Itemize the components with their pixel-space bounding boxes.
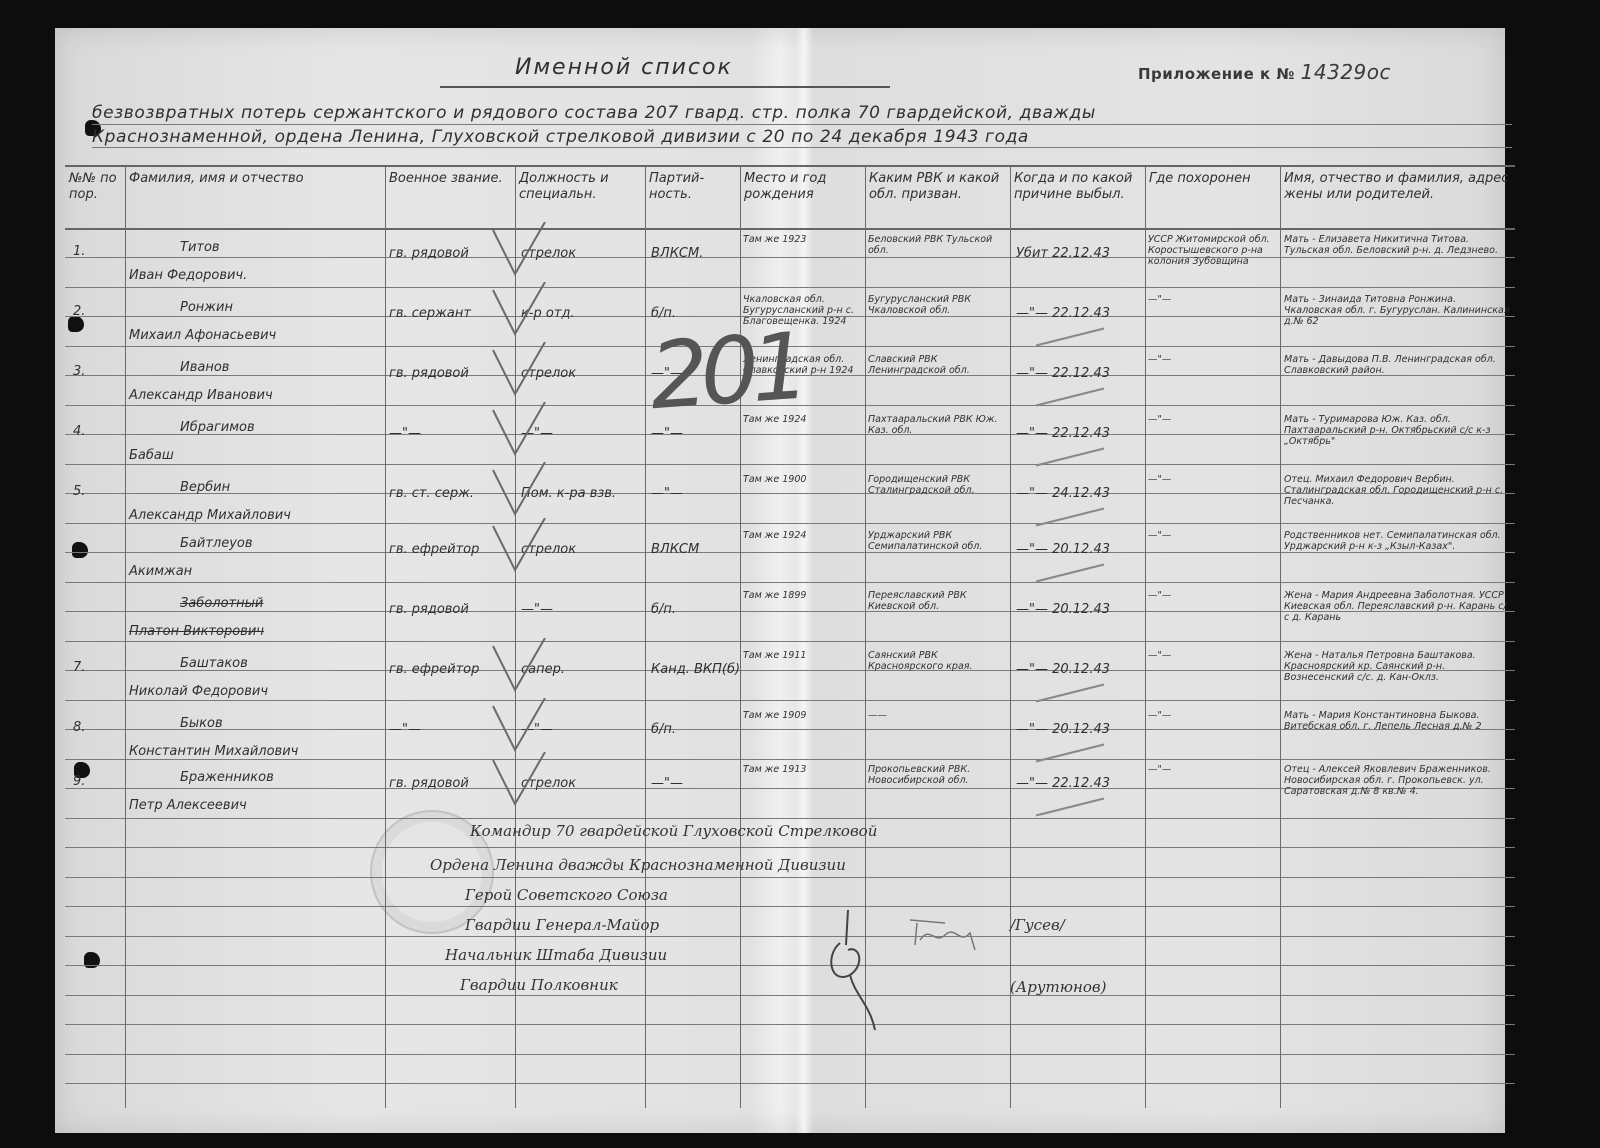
surname: Титов — [180, 240, 220, 255]
row-rule — [65, 847, 1515, 848]
row-rule — [65, 287, 1515, 288]
military-rank: —"— — [389, 426, 421, 441]
name-patronymic: Акимжан — [129, 564, 192, 579]
column-header: Когда и по какой причине выбыл. — [1014, 171, 1141, 203]
draft-office: Бугурусланский РВК Чкаловской обл. — [868, 294, 1007, 316]
burial-place: —"— — [1148, 474, 1277, 485]
next-of-kin: Жена - Мария Андреевна Заболотная. УССР … — [1284, 590, 1511, 623]
column-rule — [740, 165, 741, 1108]
military-rank: гв. рядовой — [389, 246, 469, 261]
column-rule — [1145, 165, 1146, 1108]
signature-scribble — [820, 905, 900, 1035]
check-mark-icon — [485, 638, 555, 698]
row-rule — [65, 818, 1515, 819]
name-patronymic: Александр Михайлович — [129, 508, 291, 523]
document-subtitle-line2: Краснознаменной, ордена Ленина, Глуховск… — [92, 127, 1029, 147]
party-membership: б/п. — [651, 722, 676, 737]
table-top-rule — [65, 165, 1515, 167]
document-title: Именной список — [515, 55, 733, 80]
row-rule — [65, 582, 1515, 583]
row-number: 5. — [73, 484, 85, 499]
next-of-kin: Мать - Давыдова П.В. Ленинградская обл. … — [1284, 354, 1511, 376]
draft-office: Переяславский РВК Киевской обл. — [868, 590, 1007, 612]
commander-name: /Гусев/ — [1010, 916, 1065, 934]
row-number: 4. — [73, 424, 85, 439]
date-reason: —"— 22.12.43 — [1016, 426, 1110, 441]
date-reason: —"— 20.12.43 — [1016, 722, 1110, 737]
row-rule — [65, 641, 1515, 642]
birth-place-year: Там же 1899 — [743, 590, 862, 601]
party-membership: ВЛКСМ. — [651, 246, 703, 261]
surname: Байтлеуов — [180, 536, 253, 551]
subtitle-rule — [92, 147, 1512, 148]
row-rule — [65, 700, 1515, 701]
military-rank: гв. рядовой — [389, 776, 469, 791]
column-header: Место и год рождения — [744, 171, 861, 203]
check-mark-icon — [485, 518, 555, 578]
surname: Баштаков — [180, 656, 248, 671]
column-rule — [125, 165, 126, 1108]
check-mark-icon — [485, 402, 555, 462]
draft-office: Беловский РВК Тульской обл. — [868, 234, 1007, 256]
check-mark-icon — [485, 222, 555, 282]
next-of-kin: Отец. Михаил Федорович Вербин. Сталингра… — [1284, 474, 1511, 507]
burial-place: —"— — [1148, 530, 1277, 541]
row-rule — [65, 464, 1515, 465]
birth-place-year: Там же 1923 — [743, 234, 862, 245]
chief-title-line1: Начальник Штаба Дивизии — [445, 946, 667, 964]
next-of-kin: Мать - Елизавета Никитична Титова. Тульс… — [1284, 234, 1511, 256]
military-rank: гв. ефрейтор — [389, 662, 479, 677]
subtitle-rule — [92, 124, 1512, 125]
punch-hole — [72, 542, 88, 558]
draft-office: Славский РВК Ленинградской обл. — [868, 354, 1007, 376]
military-rank: гв. рядовой — [389, 602, 469, 617]
next-of-kin: Мать - Туримарова Юж. Каз. обл. Пахтаара… — [1284, 414, 1511, 447]
reference-stamp-label: Приложение к № — [1138, 65, 1295, 83]
column-header: Имя, отчество и фамилия, адрес жены или … — [1284, 171, 1511, 203]
burial-place: —"— — [1148, 710, 1277, 721]
row-number: 1. — [73, 244, 85, 259]
birth-place-year: Там же 1900 — [743, 474, 862, 485]
name-patronymic: Бабаш — [129, 448, 174, 463]
surname: Браженников — [180, 770, 274, 785]
name-patronymic: Михаил Афонасьевич — [129, 328, 276, 343]
draft-office: Прокопьевский РВК. Новосибирской обл. — [868, 764, 1007, 786]
row-rule — [65, 759, 1515, 760]
reference-stamp: Приложение к № 14329ос — [1138, 60, 1391, 84]
date-reason: Убит 22.12.43 — [1016, 246, 1110, 261]
commander-title-line3: Герой Советского Союза — [465, 886, 668, 904]
row-number: 7. — [73, 660, 85, 675]
column-rule — [385, 165, 386, 1108]
row-number: 9. — [73, 774, 85, 789]
row-rule — [65, 1054, 1515, 1055]
burial-place: —"— — [1148, 764, 1277, 775]
date-reason: —"— 20.12.43 — [1016, 602, 1110, 617]
row-number: 3. — [73, 364, 85, 379]
party-membership: б/п. — [651, 306, 676, 321]
birth-place-year: Там же 1911 — [743, 650, 862, 661]
header-bottom-rule — [65, 228, 1515, 230]
row-number: 2. — [73, 304, 85, 319]
column-rule — [1010, 165, 1011, 1108]
name-patronymic: Константин Михайлович — [129, 744, 298, 759]
date-reason: —"— 20.12.43 — [1016, 542, 1110, 557]
draft-office: —— — [868, 710, 1007, 721]
burial-place: —"— — [1148, 650, 1277, 661]
date-reason: —"— 20.12.43 — [1016, 662, 1110, 677]
next-of-kin: Отец - Алексей Яковлевич Браженников. Но… — [1284, 764, 1511, 797]
row-rule — [65, 1024, 1515, 1025]
surname: Иванов — [180, 360, 229, 375]
row-number: 8. — [73, 720, 85, 735]
row-rule — [65, 965, 1515, 966]
party-membership: б/п. — [651, 602, 676, 617]
military-rank: гв. рядовой — [389, 366, 469, 381]
surname: Заболотный — [180, 596, 263, 611]
column-header: Должность и специальн. — [519, 171, 641, 203]
commander-title-line1: Командир 70 гвардейской Глуховской Стрел… — [470, 822, 877, 840]
chief-title-line2: Гвардии Полковник — [460, 976, 618, 994]
column-rule — [645, 165, 646, 1108]
column-header: Военное звание. — [389, 171, 511, 187]
date-reason: —"— 22.12.43 — [1016, 366, 1110, 381]
column-header: Фамилия, имя и отчество — [129, 171, 381, 187]
column-header: №№ по пор. — [69, 171, 121, 203]
burial-place: УССР Житомирской обл. Коростышевского р-… — [1148, 234, 1277, 267]
check-mark-icon — [485, 752, 555, 812]
birth-place-year: Там же 1913 — [743, 764, 862, 775]
next-of-kin: Мать - Мария Константиновна Быкова. Вите… — [1284, 710, 1511, 732]
margin-number: 201 — [646, 313, 805, 430]
name-patronymic: Платон Викторович — [129, 624, 264, 639]
military-rank: гв. ст. серж. — [389, 486, 474, 501]
check-mark-icon — [485, 342, 555, 402]
row-rule — [65, 257, 1515, 258]
chief-name: (Арутюнов) — [1010, 978, 1106, 996]
draft-office: Пахтааральский РВК Юж. Каз. обл. — [868, 414, 1007, 436]
date-reason: —"— 24.12.43 — [1016, 486, 1110, 501]
party-membership: ВЛКСМ — [651, 542, 699, 557]
military-rank: гв. сержант — [389, 306, 471, 321]
row-rule — [65, 906, 1515, 907]
surname: Быков — [180, 716, 223, 731]
next-of-kin: Жена - Наталья Петровна Баштакова. Красн… — [1284, 650, 1511, 683]
birth-place-year: Там же 1924 — [743, 530, 862, 541]
burial-place: —"— — [1148, 354, 1277, 365]
surname: Ибрагимов — [180, 420, 255, 435]
next-of-kin: Родственников нет. Семипалатинская обл. … — [1284, 530, 1511, 552]
reference-number: 14329ос — [1301, 60, 1391, 84]
column-header: Где похоронен — [1149, 171, 1276, 187]
row-rule — [65, 552, 1515, 553]
burial-place: —"— — [1148, 294, 1277, 305]
row-rule — [65, 523, 1515, 524]
date-reason: —"— 22.12.43 — [1016, 306, 1110, 321]
position: —"— — [521, 602, 553, 617]
military-rank: гв. ефрейтор — [389, 542, 479, 557]
name-patronymic: Николай Федорович — [129, 684, 268, 699]
document-subtitle-line1: безвозвратных потерь сержантского и рядо… — [92, 103, 1096, 123]
column-header: Каким РВК и какой обл. призван. — [869, 171, 1006, 203]
party-membership: —"— — [651, 776, 683, 791]
title-underline — [440, 86, 890, 88]
row-rule — [65, 936, 1515, 937]
row-rule — [65, 995, 1515, 996]
commander-title-line4: Гвардии Генерал-Майор — [465, 916, 659, 934]
surname: Вербин — [180, 480, 230, 495]
party-membership: —"— — [651, 486, 683, 501]
date-reason: —"— 22.12.43 — [1016, 776, 1110, 791]
next-of-kin: Мать - Зинаида Титовна Ронжина. Чкаловск… — [1284, 294, 1511, 327]
name-patronymic: Петр Алексеевич — [129, 798, 247, 813]
row-rule — [65, 1083, 1515, 1084]
signature-scribble — [905, 915, 985, 955]
surname: Ронжин — [180, 300, 233, 315]
party-membership: Канд. ВКП(б) — [651, 662, 740, 677]
burial-place: —"— — [1148, 414, 1277, 425]
check-mark-icon — [485, 462, 555, 522]
military-rank: —"— — [389, 722, 421, 737]
birth-place-year: Там же 1909 — [743, 710, 862, 721]
column-rule — [1280, 165, 1281, 1108]
column-header: Партий-ность. — [649, 171, 736, 203]
draft-office: Урджарский РВК Семипалатинской обл. — [868, 530, 1007, 552]
draft-office: Городищенский РВК Сталинградской обл. — [868, 474, 1007, 496]
burial-place: —"— — [1148, 590, 1277, 601]
draft-office: Саянский РВК Красноярского края. — [868, 650, 1007, 672]
name-patronymic: Иван Федорович. — [129, 268, 247, 283]
commander-title-line2: Ордена Ленина дважды Краснознаменной Див… — [430, 856, 846, 874]
check-mark-icon — [485, 698, 555, 758]
check-mark-icon — [485, 282, 555, 342]
name-patronymic: Александр Иванович — [129, 388, 273, 403]
row-rule — [65, 877, 1515, 878]
